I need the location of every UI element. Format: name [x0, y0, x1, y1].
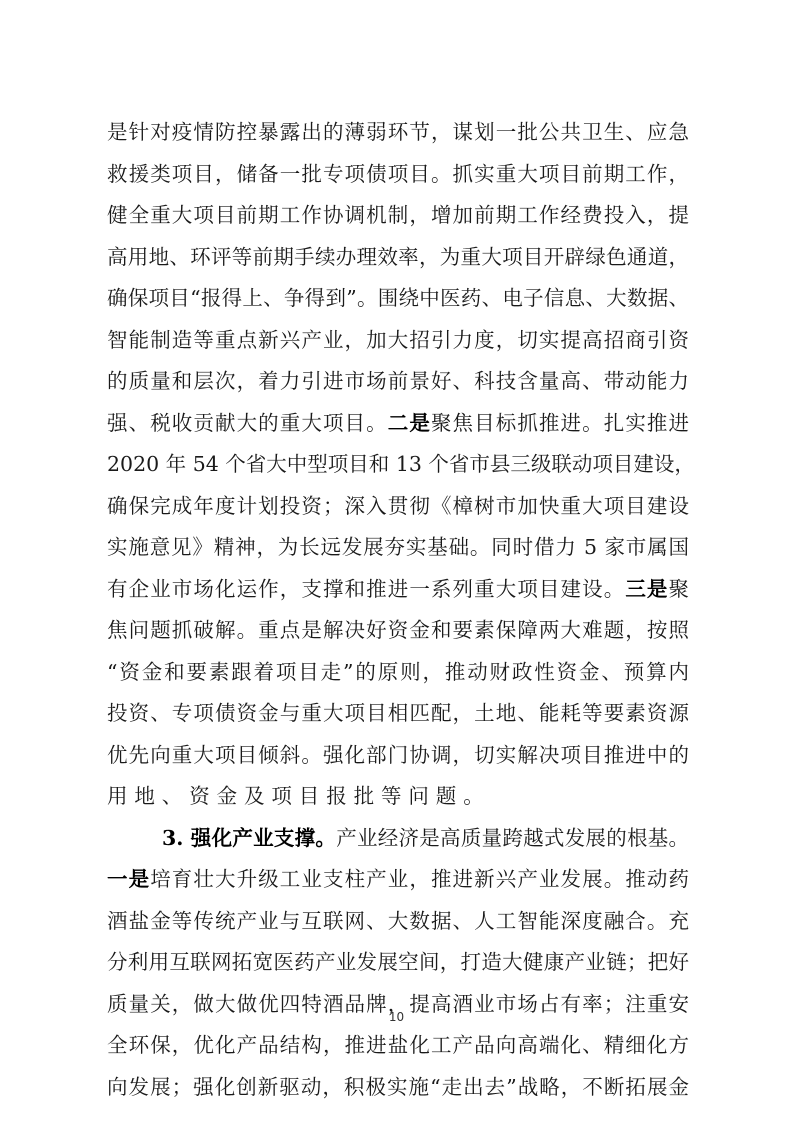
text-segment: 智能制造等重点新兴产业，加大招引力度，切实提高招商引资	[107, 328, 689, 352]
text-segment: 焦问题抓破解。重点是解决好资金和要素保障两大难题，按照	[107, 618, 689, 642]
document-page: 是针对疫情防控暴露出的薄弱环节，谋划一批公共卫生、应急 救援类项目，储备一批专项…	[0, 0, 793, 1122]
text-segment: 高用地、环评等前期手续办理效率，为重大项目开辟绿色通道，	[107, 245, 689, 269]
text-segment: 培育壮大升级工业支柱产业，推进新兴产业发展。推动药	[150, 867, 689, 891]
text-segment: 向发展；强化创新驱动，积极实施“走出去”战略，不断拓展金	[107, 1075, 689, 1099]
text-line: 有企业市场化运作，支撑和推进一系列重大项目建设。三是聚	[107, 569, 689, 611]
bold-marker: 一是	[107, 867, 150, 891]
text-segment: 健全重大项目前期工作协调机制，增加前期工作经费投入，提	[107, 203, 689, 227]
text-line: 高用地、环评等前期手续办理效率，为重大项目开辟绿色通道，	[107, 237, 689, 279]
text-line: 优先向重大项目倾斜。强化部门协调，切实解决项目推进中的	[107, 735, 689, 777]
text-line: 救援类项目，储备一批专项债项目。抓实重大项目前期工作，	[107, 154, 689, 196]
text-line: 健全重大项目前期工作协调机制，增加前期工作经费投入，提	[107, 195, 689, 237]
text-line: 实施意见》精神，为长远发展夯实基础。同时借力 5 家市属国	[107, 527, 689, 569]
text-segment: 聚焦目标抓推进。扎实推进	[431, 411, 689, 435]
text-segment: 酒盐金等传统产业与互联网、大数据、人工智能深度融合。充	[107, 909, 689, 933]
section-heading-line: 3. 强化产业支撑。产业经济是高质量跨越式发展的根基。	[107, 818, 689, 860]
page-number: 10	[0, 1010, 793, 1024]
text-line: 一是培育壮大升级工业支柱产业，推进新兴产业发展。推动药	[107, 859, 689, 901]
body-text: 是针对疫情防控暴露出的薄弱环节，谋划一批公共卫生、应急 救援类项目，储备一批专项…	[107, 112, 689, 1108]
text-segment: 有企业市场化运作，支撑和推进一系列重大项目建设。	[107, 577, 625, 601]
text-segment: “资金和要素跟着项目走”的原则，推动财政性资金、预算内	[107, 660, 689, 684]
text-segment: 确保完成年度计划投资；深入贯彻《樟树市加快重大项目建设	[107, 494, 689, 518]
text-line: 全环保，优化产品结构，推进盐化工产品向高端化、精细化方	[107, 1025, 689, 1067]
text-line: 的质量和层次，着力引进市场前景好、科技含量高、带动能力	[107, 361, 689, 403]
text-line: 是针对疫情防控暴露出的薄弱环节，谋划一批公共卫生、应急	[107, 112, 689, 154]
text-line: 智能制造等重点新兴产业，加大招引力度，切实提高招商引资	[107, 320, 689, 362]
bold-marker: 三是	[625, 577, 668, 601]
text-segment: 产业经济是高质量跨越式发展的根基。	[336, 826, 689, 850]
text-segment: 全环保，优化产品结构，推进盐化工产品向高端化、精细化方	[107, 1033, 689, 1057]
text-line: 焦问题抓破解。重点是解决好资金和要素保障两大难题，按照	[107, 610, 689, 652]
text-segment: 用地、资金及项目报批等问题。	[107, 776, 491, 818]
text-segment: 分利用互联网拓宽医药产业发展空间，打造大健康产业链；把好	[107, 950, 689, 974]
text-line: 用地、资金及项目报批等问题。	[107, 776, 689, 818]
section-heading: 3. 强化产业支撑。	[162, 826, 336, 850]
text-segment: 强、税收贡献大的重大项目。	[107, 411, 388, 435]
text-segment: 聚	[669, 577, 690, 601]
text-segment: 是针对疫情防控暴露出的薄弱环节，谋划一批公共卫生、应急	[107, 120, 689, 144]
text-line: 向发展；强化创新驱动，积极实施“走出去”战略，不断拓展金	[107, 1067, 689, 1109]
text-segment: 投资、专项债资金与重大项目相匹配，土地、能耗等要素资源	[107, 701, 689, 725]
text-line: 2020 年 54 个省大中型项目和 13 个省市县三级联动项目建设，	[107, 444, 689, 486]
text-segment: 的质量和层次，着力引进市场前景好、科技含量高、带动能力	[107, 369, 689, 393]
bold-marker: 二是	[388, 411, 431, 435]
text-segment: 优先向重大项目倾斜。强化部门协调，切实解决项目推进中的	[107, 743, 689, 767]
text-line: “资金和要素跟着项目走”的原则，推动财政性资金、预算内	[107, 652, 689, 694]
text-line: 确保项目“报得上、争得到”。围绕中医药、电子信息、大数据、	[107, 278, 689, 320]
text-segment: 实施意见》精神，为长远发展夯实基础。同时借力 5 家市属国	[107, 535, 689, 559]
text-segment: 确保项目“报得上、争得到”。围绕中医药、电子信息、大数据、	[107, 286, 689, 310]
text-segment: 救援类项目，储备一批专项债项目。抓实重大项目前期工作，	[107, 162, 689, 186]
text-segment: 2020 年 54 个省大中型项目和 13 个省市县三级联动项目建设，	[107, 452, 695, 476]
text-line: 确保完成年度计划投资；深入贯彻《樟树市加快重大项目建设	[107, 486, 689, 528]
text-line: 酒盐金等传统产业与互联网、大数据、人工智能深度融合。充	[107, 901, 689, 943]
text-line: 强、税收贡献大的重大项目。二是聚焦目标抓推进。扎实推进	[107, 403, 689, 445]
text-line: 分利用互联网拓宽医药产业发展空间，打造大健康产业链；把好	[107, 942, 689, 984]
text-line: 投资、专项债资金与重大项目相匹配，土地、能耗等要素资源	[107, 693, 689, 735]
